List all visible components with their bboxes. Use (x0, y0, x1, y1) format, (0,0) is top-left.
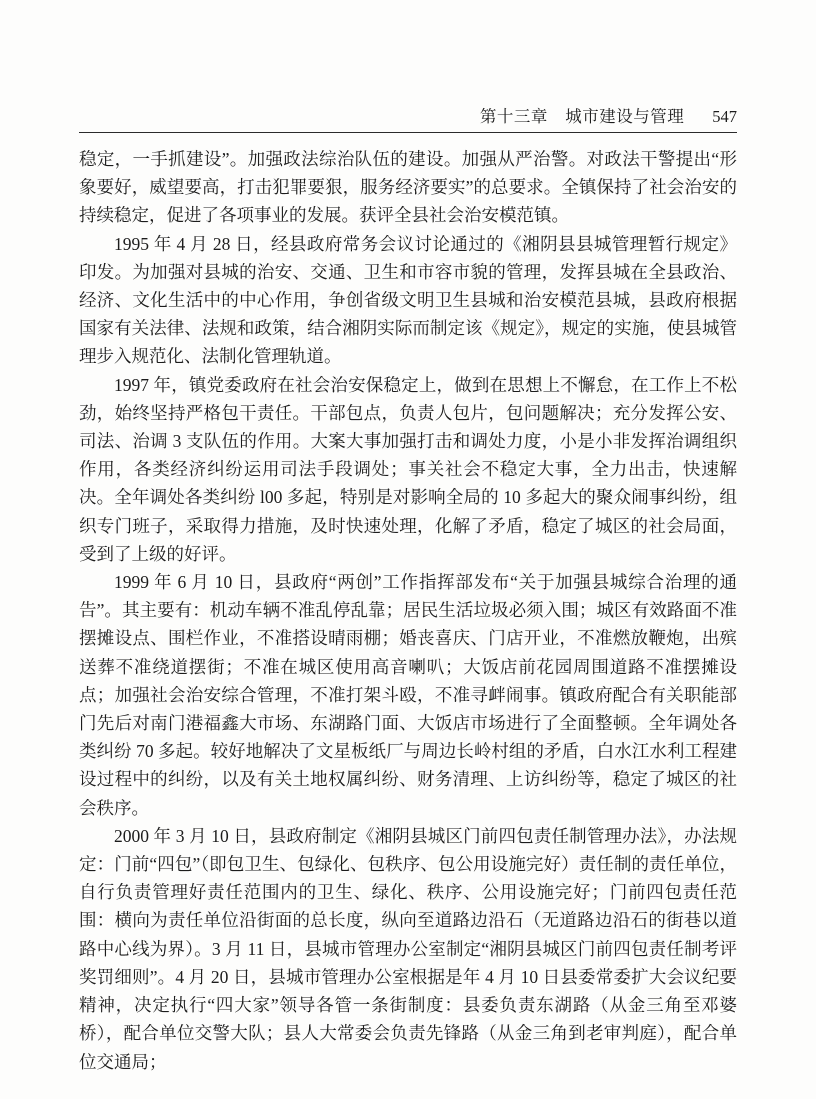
running-header: 第十三章城市建设与管理547 (79, 106, 737, 133)
page-body: 稳定，一手抓建设”。加强政法综治队伍的建设。加强从严治警。对政法干警提出“形象要… (79, 145, 737, 1076)
chapter-label: 第十三章 (480, 107, 548, 126)
paragraph-1999: 1999 年 6 月 10 日，县政府“两创”工作指挥部发布“关于加强县城综合治… (79, 568, 737, 822)
book-page: 第十三章城市建设与管理547 稳定，一手抓建设”。加强政法综治队伍的建设。加强从… (0, 0, 816, 1099)
paragraph-1995: 1995 年 4 月 28 日，经县政府常务会议讨论通过的《湘阴县县城管理暂行规… (79, 230, 737, 371)
paragraph-2000: 2000 年 3 月 10 日，县政府制定《湘阴县城区门前四包责任制管理办法》，… (79, 822, 737, 1076)
chapter-title: 城市建设与管理 (565, 107, 684, 126)
page-number: 547 (712, 107, 737, 126)
paragraph-1997: 1997 年，镇党委政府在社会治安保稳定上，做到在思想上不懈怠，在工作上不松劲，… (79, 371, 737, 568)
paragraph-continuation: 稳定，一手抓建设”。加强政法综治队伍的建设。加强从严治警。对政法干警提出“形象要… (79, 145, 737, 230)
